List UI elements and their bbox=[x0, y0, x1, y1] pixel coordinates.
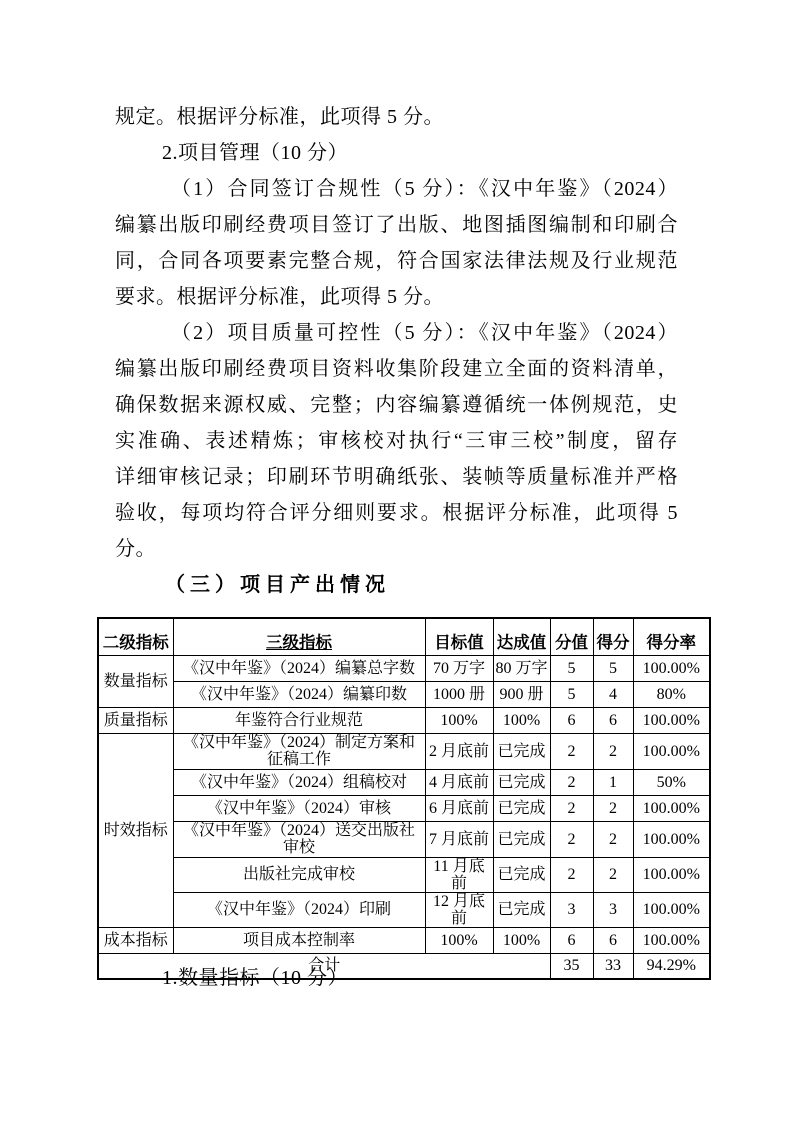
cell-indicator: 出版社完成审校 bbox=[173, 857, 425, 892]
document-page: 规定。根据评分标准，此项得 5 分。 2.项目管理（10 分） （1）合同签订合… bbox=[0, 0, 793, 1122]
paragraph-line: 编纂出版印刷经费项目签订了出版、地图插图编制和印刷合 bbox=[115, 207, 678, 243]
header-max-score: 分值 bbox=[550, 618, 593, 655]
table-row: 数量指标 《汉中年鉴》（2024）编纂总字数 70 万字 80 万字 5 5 1… bbox=[98, 655, 710, 681]
project-output-table: 二级指标 三级指标 目标值 达成值 分值 得分 得分率 数量指标 《汉中年鉴》（… bbox=[97, 617, 711, 980]
body-text-below-table: 1.数量指标（10 分） bbox=[115, 960, 678, 996]
table-row: 《汉中年鉴》（2024）组稿校对 4 月底前 已完成 2 1 50% bbox=[98, 769, 710, 795]
cell-rate: 100.00% bbox=[633, 655, 710, 681]
cell-achieved: 80 万字 bbox=[493, 655, 550, 681]
cell-max-score: 5 bbox=[550, 655, 593, 681]
table-row: 时效指标 《汉中年鉴》（2024）制定方案和征稿工作 2 月底前 已完成 2 2… bbox=[98, 733, 710, 769]
cell-rate: 80% bbox=[633, 681, 710, 707]
header-level2-indicator: 二级指标 bbox=[98, 618, 173, 655]
table-row: 《汉中年鉴》（2024）审核 6 月底前 已完成 2 2 100.00% bbox=[98, 795, 710, 821]
paragraph-line: 详细审核记录；印刷环节明确纸张、装帧等质量标准并严格 bbox=[115, 459, 678, 495]
cell-score: 6 bbox=[593, 707, 633, 733]
table-header-row: 二级指标 三级指标 目标值 达成值 分值 得分 得分率 bbox=[98, 618, 710, 655]
cell-score: 3 bbox=[593, 892, 633, 927]
paragraph-line: （2）项目质量可控性（5 分）：《汉中年鉴》（2024） bbox=[115, 315, 678, 351]
cell-indicator: 《汉中年鉴》（2024）编纂印数 bbox=[173, 681, 425, 707]
cell-target: 4 月底前 bbox=[425, 769, 493, 795]
cell-rate: 100.00% bbox=[633, 857, 710, 892]
cell-rate: 50% bbox=[633, 769, 710, 795]
cell-score: 2 bbox=[593, 857, 633, 892]
cell-achieved: 已完成 bbox=[493, 769, 550, 795]
cell-level2: 成本指标 bbox=[98, 927, 173, 953]
cell-max-score: 3 bbox=[550, 892, 593, 927]
cell-target: 100% bbox=[425, 707, 493, 733]
paragraph-line: 实准确、表述精炼；审核校对执行“三审三校”制度，留存 bbox=[115, 423, 678, 459]
header-achieved-value: 达成值 bbox=[493, 618, 550, 655]
table-row: 质量指标 年鉴符合行业规范 100% 100% 6 6 100.00% bbox=[98, 707, 710, 733]
cell-indicator: 《汉中年鉴》（2024）印刷 bbox=[173, 892, 425, 927]
cell-achieved: 100% bbox=[493, 927, 550, 953]
cell-rate: 100.00% bbox=[633, 927, 710, 953]
header-target-value: 目标值 bbox=[425, 618, 493, 655]
cell-score: 5 bbox=[593, 655, 633, 681]
cell-rate: 100.00% bbox=[633, 707, 710, 733]
section-heading-quantity-indicator: 1.数量指标（10 分） bbox=[115, 960, 678, 996]
paragraph-line: 要求。根据评分标准，此项得 5 分。 bbox=[115, 279, 678, 315]
cell-target: 70 万字 bbox=[425, 655, 493, 681]
cell-target: 1000 册 bbox=[425, 681, 493, 707]
cell-target: 6 月底前 bbox=[425, 795, 493, 821]
section-heading-project-output: （三）项目产出情况 bbox=[115, 567, 678, 603]
cell-achieved: 已完成 bbox=[493, 857, 550, 892]
paragraph-line: 分。 bbox=[115, 531, 678, 567]
cell-level2: 时效指标 bbox=[98, 733, 173, 927]
cell-max-score: 6 bbox=[550, 927, 593, 953]
cell-score: 2 bbox=[593, 733, 633, 769]
cell-score: 2 bbox=[593, 795, 633, 821]
cell-target: 2 月底前 bbox=[425, 733, 493, 769]
table-row: 《汉中年鉴》（2024）编纂印数 1000 册 900 册 5 4 80% bbox=[98, 681, 710, 707]
cell-max-score: 5 bbox=[550, 681, 593, 707]
cell-max-score: 2 bbox=[550, 733, 593, 769]
table-row: 成本指标 项目成本控制率 100% 100% 6 6 100.00% bbox=[98, 927, 710, 953]
cell-target: 11 月底前 bbox=[425, 857, 493, 892]
cell-max-score: 2 bbox=[550, 769, 593, 795]
cell-level2: 质量指标 bbox=[98, 707, 173, 733]
cell-achieved: 已完成 bbox=[493, 795, 550, 821]
cell-indicator: 《汉中年鉴》（2024）制定方案和征稿工作 bbox=[173, 733, 425, 769]
body-text-column: 规定。根据评分标准，此项得 5 分。 2.项目管理（10 分） （1）合同签订合… bbox=[115, 99, 678, 603]
header-score: 得分 bbox=[593, 618, 633, 655]
paragraph-line: 确保数据来源权威、完整；内容编纂遵循统一体例规范，史 bbox=[115, 387, 678, 423]
paragraph-line: 同，合同各项要素完整合规，符合国家法律法规及行业规范 bbox=[115, 243, 678, 279]
cell-achieved: 900 册 bbox=[493, 681, 550, 707]
cell-score: 6 bbox=[593, 927, 633, 953]
table-row: 出版社完成审校 11 月底前 已完成 2 2 100.00% bbox=[98, 857, 710, 892]
table-row: 《汉中年鉴》（2024）送交出版社审校 7 月底前 已完成 2 2 100.00… bbox=[98, 821, 710, 857]
table-row: 《汉中年鉴》（2024）印刷 12 月底前 已完成 3 3 100.00% bbox=[98, 892, 710, 927]
paragraph-line: 编纂出版印刷经费项目资料收集阶段建立全面的资料清单， bbox=[115, 351, 678, 387]
paragraph-line: （1）合同签订合规性（5 分）：《汉中年鉴》（2024） bbox=[115, 171, 678, 207]
cell-rate: 100.00% bbox=[633, 795, 710, 821]
cell-achieved: 已完成 bbox=[493, 892, 550, 927]
cell-achieved: 100% bbox=[493, 707, 550, 733]
cell-indicator: 《汉中年鉴》（2024）送交出版社审校 bbox=[173, 821, 425, 857]
cell-indicator: 《汉中年鉴》（2024）编纂总字数 bbox=[173, 655, 425, 681]
cell-indicator: 《汉中年鉴》（2024）审核 bbox=[173, 795, 425, 821]
section-heading-project-management: 2.项目管理（10 分） bbox=[115, 135, 678, 171]
cell-max-score: 2 bbox=[550, 857, 593, 892]
paragraph-line: 验收，每项均符合评分细则要求。根据评分标准，此项得 5 bbox=[115, 495, 678, 531]
cell-indicator: 项目成本控制率 bbox=[173, 927, 425, 953]
cell-achieved: 已完成 bbox=[493, 821, 550, 857]
cell-rate: 100.00% bbox=[633, 733, 710, 769]
header-score-rate: 得分率 bbox=[633, 618, 710, 655]
cell-rate: 100.00% bbox=[633, 892, 710, 927]
cell-max-score: 2 bbox=[550, 795, 593, 821]
cell-score: 1 bbox=[593, 769, 633, 795]
cell-score: 2 bbox=[593, 821, 633, 857]
cell-level2: 数量指标 bbox=[98, 655, 173, 707]
header-level3-indicator: 三级指标 bbox=[173, 618, 425, 655]
cell-max-score: 6 bbox=[550, 707, 593, 733]
cell-max-score: 2 bbox=[550, 821, 593, 857]
cell-indicator: 年鉴符合行业规范 bbox=[173, 707, 425, 733]
paragraph-line: 规定。根据评分标准，此项得 5 分。 bbox=[115, 99, 678, 135]
cell-target: 12 月底前 bbox=[425, 892, 493, 927]
cell-rate: 100.00% bbox=[633, 821, 710, 857]
cell-score: 4 bbox=[593, 681, 633, 707]
cell-indicator: 《汉中年鉴》（2024）组稿校对 bbox=[173, 769, 425, 795]
cell-achieved: 已完成 bbox=[493, 733, 550, 769]
cell-target: 7 月底前 bbox=[425, 821, 493, 857]
cell-target: 100% bbox=[425, 927, 493, 953]
